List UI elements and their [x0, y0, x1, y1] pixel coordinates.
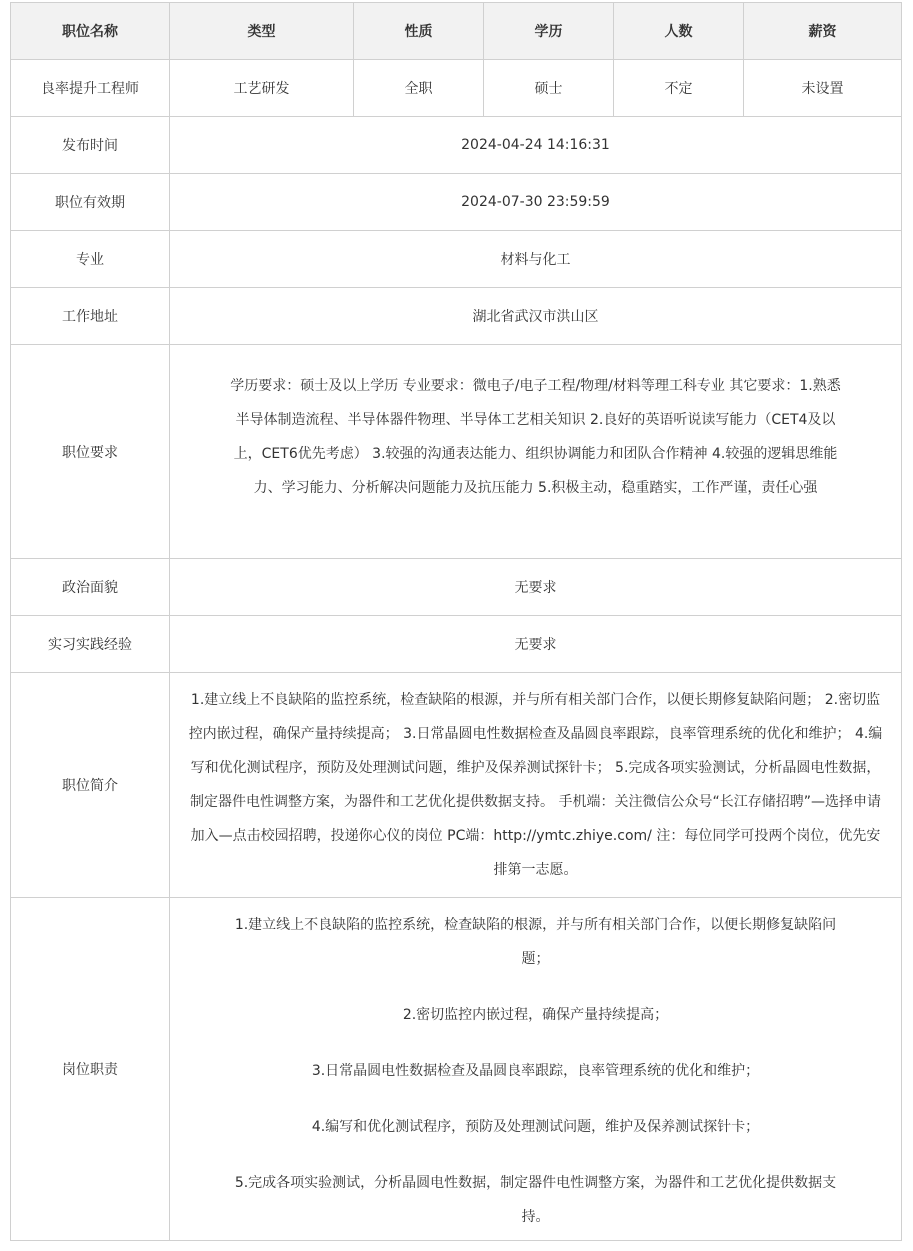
publish-time-value: 2024-04-24 14:16:31: [170, 117, 902, 174]
internship-value: 无要求: [170, 616, 902, 673]
requirements-row: 职位要求 学历要求：硕士及以上学历 专业要求：微电子/电子工程/物理/材料等理工…: [11, 345, 902, 559]
col-header-headcount: 人数: [614, 3, 744, 60]
political-row: 政治面貌 无要求: [11, 559, 902, 616]
intro-value: 1.建立线上不良缺陷的监控系统，检查缺陷的根源，并与所有相关部门合作，以便长期修…: [170, 673, 902, 898]
intro-row: 职位简介 1.建立线上不良缺陷的监控系统，检查缺陷的根源，并与所有相关部门合作，…: [11, 673, 902, 898]
internship-row: 实习实践经验 无要求: [11, 616, 902, 673]
major-value: 材料与化工: [170, 231, 902, 288]
publish-time-label: 发布时间: [11, 117, 170, 174]
job-education: 硕士: [484, 60, 614, 117]
publish-time-row: 发布时间 2024-04-24 14:16:31: [11, 117, 902, 174]
address-label: 工作地址: [11, 288, 170, 345]
requirements-label: 职位要求: [11, 345, 170, 559]
col-header-title: 职位名称: [11, 3, 170, 60]
col-header-education: 学历: [484, 3, 614, 60]
duties-label: 岗位职责: [11, 898, 170, 1241]
col-header-salary: 薪资: [744, 3, 902, 60]
job-title: 良率提升工程师: [11, 60, 170, 117]
job-nature: 全职: [354, 60, 484, 117]
internship-label: 实习实践经验: [11, 616, 170, 673]
duties-row: 岗位职责 1.建立线上不良缺陷的监控系统，检查缺陷的根源，并与所有相关部门合作，…: [11, 898, 902, 1241]
valid-until-value: 2024-07-30 23:59:59: [170, 174, 902, 231]
requirements-value: 学历要求：硕士及以上学历 专业要求：微电子/电子工程/物理/材料等理工科专业 其…: [170, 345, 902, 559]
political-value: 无要求: [170, 559, 902, 616]
col-header-nature: 性质: [354, 3, 484, 60]
job-type: 工艺研发: [170, 60, 354, 117]
valid-until-row: 职位有效期 2024-07-30 23:59:59: [11, 174, 902, 231]
job-headcount: 不定: [614, 60, 744, 117]
address-row: 工作地址 湖北省武汉市洪山区: [11, 288, 902, 345]
job-salary: 未设置: [744, 60, 902, 117]
political-label: 政治面貌: [11, 559, 170, 616]
duties-value: 1.建立线上不良缺陷的监控系统，检查缺陷的根源，并与所有相关部门合作，以便长期修…: [170, 898, 902, 1241]
duty-item: 5.完成各项实验测试，分析晶圆电性数据，制定器件电性调整方案，为器件和工艺优化提…: [230, 1166, 841, 1234]
job-detail-table: 职位名称 类型 性质 学历 人数 薪资 良率提升工程师 工艺研发 全职 硕士 不…: [10, 2, 902, 1241]
major-label: 专业: [11, 231, 170, 288]
valid-until-label: 职位有效期: [11, 174, 170, 231]
duty-item: 2.密切监控内嵌过程，确保产量持续提高；: [230, 998, 841, 1032]
major-row: 专业 材料与化工: [11, 231, 902, 288]
duty-item: 3.日常晶圆电性数据检查及晶圆良率跟踪，良率管理系统的优化和维护；: [230, 1054, 841, 1088]
address-value: 湖北省武汉市洪山区: [170, 288, 902, 345]
duty-item: 4.编写和优化测试程序，预防及处理测试问题，维护及保养测试探针卡；: [230, 1110, 841, 1144]
duty-item: 1.建立线上不良缺陷的监控系统，检查缺陷的根源，并与所有相关部门合作，以便长期修…: [230, 908, 841, 976]
intro-label: 职位简介: [11, 673, 170, 898]
summary-row: 良率提升工程师 工艺研发 全职 硕士 不定 未设置: [11, 60, 902, 117]
header-row: 职位名称 类型 性质 学历 人数 薪资: [11, 3, 902, 60]
col-header-type: 类型: [170, 3, 354, 60]
